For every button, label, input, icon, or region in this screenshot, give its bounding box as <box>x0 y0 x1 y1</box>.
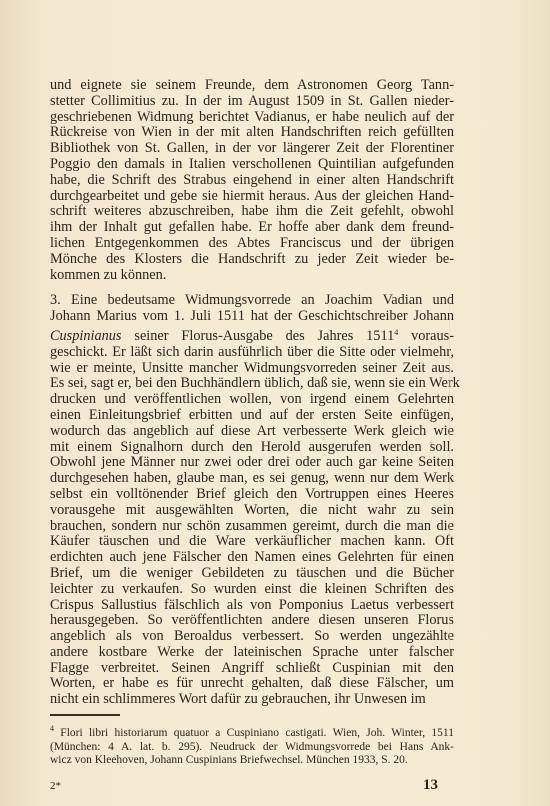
text-line: Käufer täuschen und die Ware verkäuflich… <box>50 534 454 550</box>
text-line: andere kostbare Werke der lateinischen S… <box>50 645 454 661</box>
text-line: und eignete sie seinem Freunde, dem Astr… <box>50 78 454 94</box>
text-line: wie er meinte, Unsitte mancher Widmungsv… <box>50 361 454 377</box>
text-line: durchgesehen haben, glaube man, es sei g… <box>50 471 454 487</box>
text-line: Johann Marius vom 1. Juli 1511 hat der G… <box>50 309 454 325</box>
text-line: kommen zu können. <box>50 268 454 284</box>
text-line: Brief, um die weniger Gebildeten zu täus… <box>50 566 454 582</box>
footnote-line: 4 Flori libri historiarum quatuor a Cusp… <box>50 722 454 741</box>
text-line: Worten, er habe es für unrecht gehalten,… <box>50 676 454 692</box>
text-line: einen Einleitungsbrief erbitten und auf … <box>50 408 454 424</box>
footnote: 4 Flori libri historiarum quatuor a Cusp… <box>50 722 454 768</box>
text-line: Rückreise von Wien in der mit alten Hand… <box>50 125 454 141</box>
text-line: Poggio den damals in Italien verschollen… <box>50 157 454 173</box>
text-line: Cuspinianus seiner Florus-Ausgabe des Ja… <box>50 325 454 345</box>
text-line: stetter Collimitius zu. In der im August… <box>50 94 454 110</box>
text-line: herausgegeben. So veröffentlichten ander… <box>50 613 454 629</box>
text-line: vorausgehe mit ausgewählten Worten, die … <box>50 503 454 519</box>
text-line: wodurch das angeblich auf diese Art verb… <box>50 424 454 440</box>
text-line: 3. Eine bedeutsame Widmungsvorrede an Jo… <box>50 293 454 309</box>
text-line: lichen Entgegenkommen des Abtes Francisc… <box>50 236 454 252</box>
text-line: brauchen, sondern nur schön zusammen ger… <box>50 519 454 535</box>
text-line: Mönche des Klosters die Handschrift zu j… <box>50 252 454 268</box>
text-line: Bibliothek von St. Gallen, in der vor lä… <box>50 141 454 157</box>
text-line: Es sei, sagt er, bei den Buchhändlern üb… <box>50 376 454 392</box>
page-edge-shadow <box>449 300 450 680</box>
author-name-italic: Cuspinianus <box>50 328 122 344</box>
footnote-line: wicz von Kleehoven, Johann Cuspinians Br… <box>50 754 454 768</box>
footnote-line: (München: 4 A. lat. b. 295). Neudruck de… <box>50 741 454 755</box>
text-line: geschriebenen Widmung berichtet Vadianus… <box>50 110 454 126</box>
text-line: leichter zu verkaufen. So wurden einst d… <box>50 582 454 598</box>
text-line: nicht ein schlimmeres Wort dafür zu gebr… <box>50 692 454 708</box>
text-line: mit einem Signalhorn durch den Herold au… <box>50 440 454 456</box>
text-line: ihm der Inhalt gut gefallen habe. Er hof… <box>50 220 454 236</box>
text-line: durchgearbeitet und gebe sie hiermit her… <box>50 189 454 205</box>
text-line: angeblich als von Beroaldus verbessert. … <box>50 629 454 645</box>
text-line: erdichten auch jene Fälscher den Namen e… <box>50 550 454 566</box>
text-line: Crispus Sallustius fälschlich als von Po… <box>50 598 454 614</box>
page-number: 13 <box>423 777 438 794</box>
text-line: schrift weiteres abzuschreiben, habe ihm… <box>50 204 454 220</box>
text-line: habe, die Schrift des Strabus eingehend … <box>50 173 454 189</box>
text-line: Flagge verbreitet. Seinen Angriff schlie… <box>50 661 454 677</box>
text-line: selbst ein volltönender Brief gleich den… <box>50 487 454 503</box>
text-line: geschickt. Er läßt sich darin ausführlic… <box>50 345 454 361</box>
signature-mark: 2* <box>50 780 61 792</box>
paragraph-1: und eignete sie seinem Freunde, dem Astr… <box>50 78 454 283</box>
text-line: Obwohl jene Männer nur zwei oder drei od… <box>50 455 454 471</box>
text-line: drucken und veröffentlichen wollen, von … <box>50 392 454 408</box>
paragraph-2: 3. Eine bedeutsame Widmungsvorrede an Jo… <box>50 293 454 708</box>
page-body: und eignete sie seinem Freunde, dem Astr… <box>50 78 454 708</box>
footnote-rule <box>50 714 120 716</box>
